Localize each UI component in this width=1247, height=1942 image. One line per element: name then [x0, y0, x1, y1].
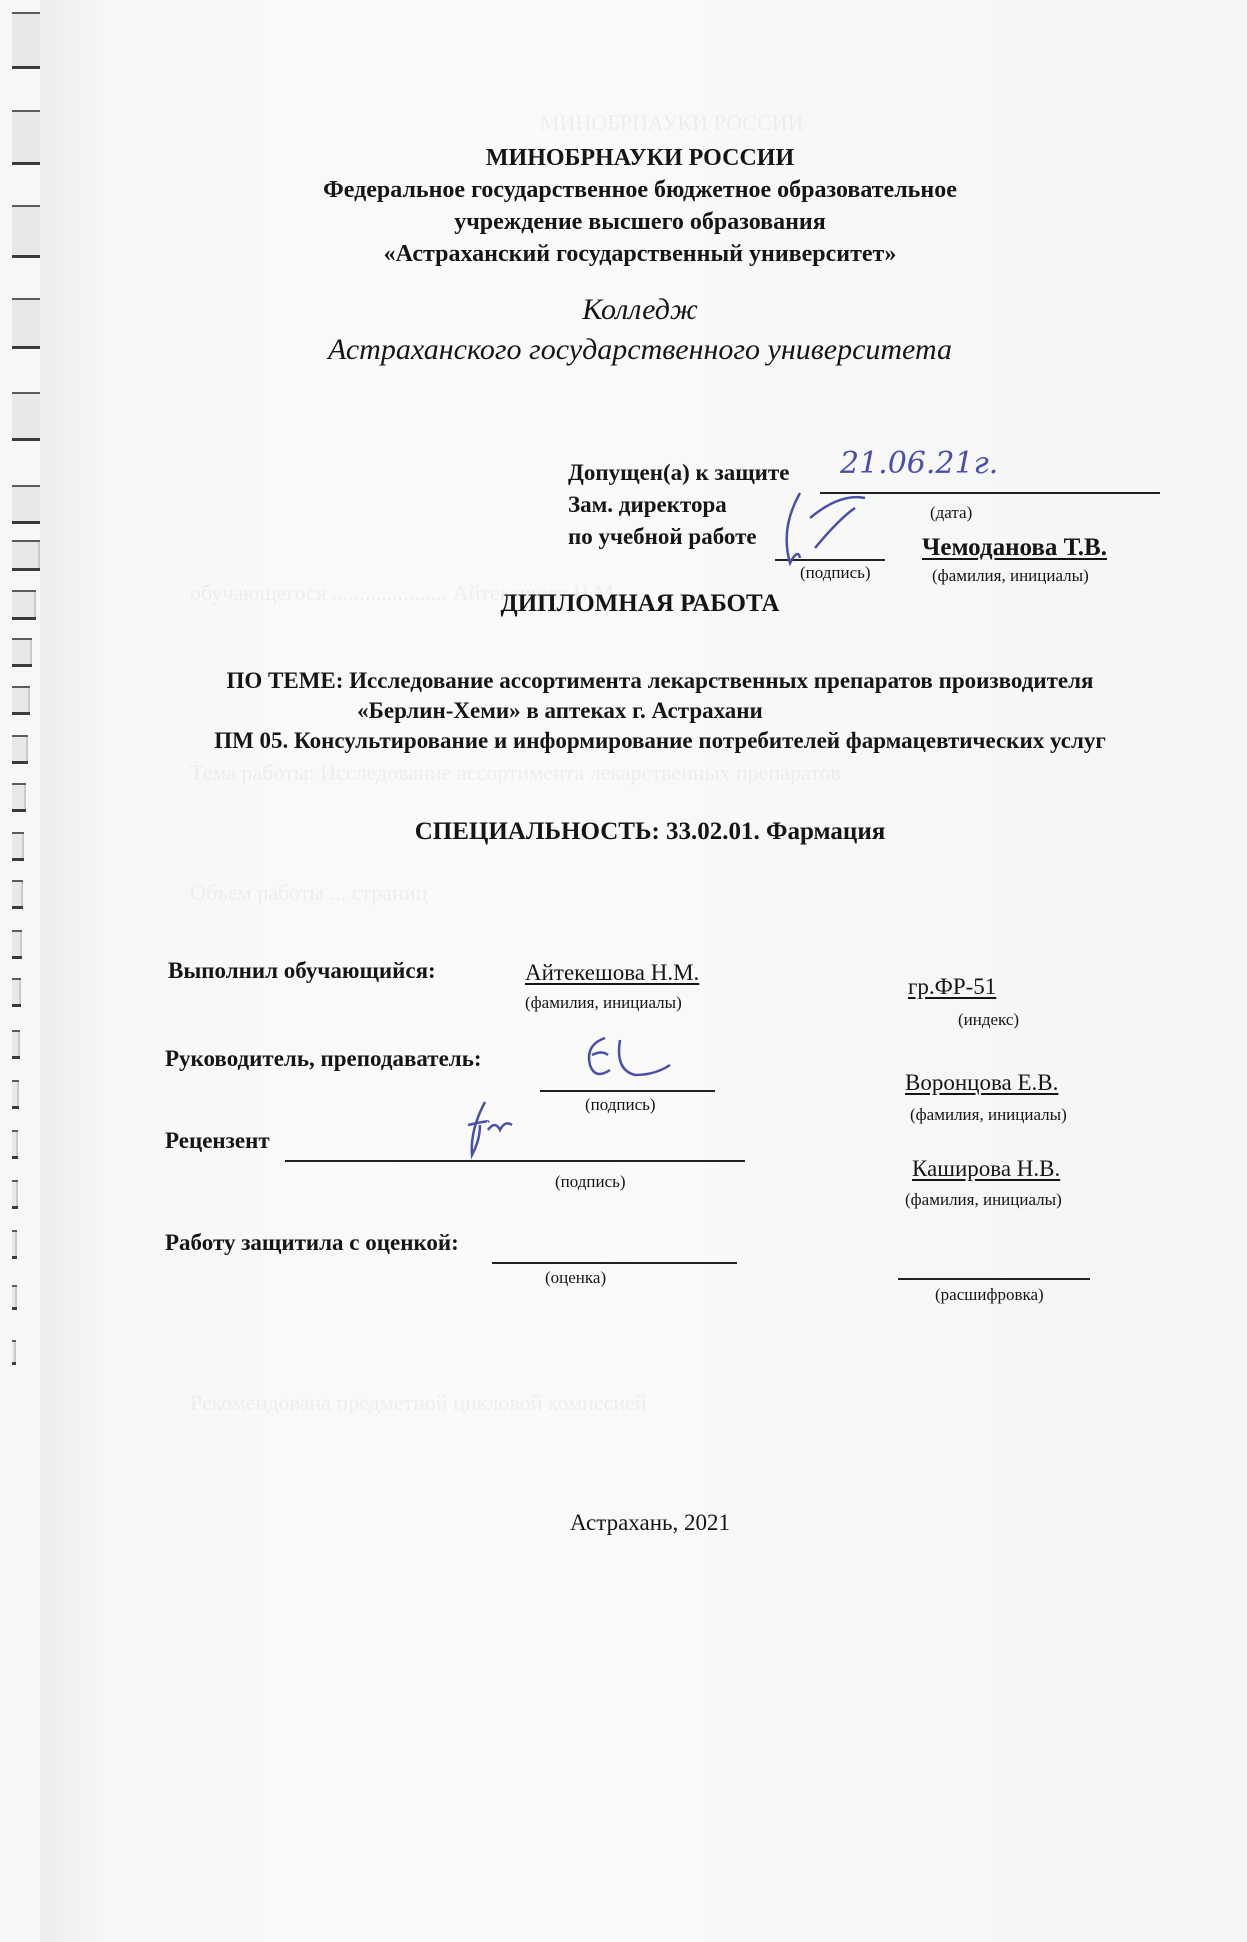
supervisor-name-caption: (фамилия, инициалы) [910, 1105, 1067, 1125]
reviewer-signature-caption: (подпись) [555, 1172, 626, 1192]
institution-line-1: Федеральное государственное бюджетное об… [240, 175, 1040, 205]
topic-line-2: «Берлин-Хеми» в аптеках г. Астрахани [160, 698, 960, 724]
grade-caption: (оценка) [545, 1268, 606, 1288]
grade-decode-line[interactable] [898, 1278, 1090, 1280]
college-line-1: Колледж [240, 292, 1040, 328]
bleed-through: МИНОБРНАУКИ РОССИИ [540, 110, 803, 136]
bleed-through: Объем работы ... страниц [190, 880, 427, 906]
defense-grade-label: Работу защитила с оценкой: [165, 1230, 459, 1256]
supervisor-signature-line [540, 1090, 715, 1092]
professional-module: ПМ 05. Консультирование и информирование… [160, 728, 1160, 754]
binding-ring [12, 540, 40, 571]
binding-ring [12, 1230, 17, 1259]
binding-ring [12, 783, 26, 812]
binding-ring [12, 1340, 16, 1365]
signature-caption: (подпись) [800, 563, 871, 583]
ministry-name: МИНОБРНАУКИ РОССИИ [240, 143, 1040, 173]
student-group: гр.ФР-51 [908, 974, 996, 1000]
binding-ring [12, 1180, 18, 1209]
city-year: Астрахань, 2021 [400, 1510, 900, 1536]
binding-ring [12, 978, 21, 1007]
binding-ring [12, 1030, 20, 1059]
university-name: «Астраханский государственный университе… [240, 239, 1040, 269]
binding-ring [12, 485, 42, 524]
binding-ring [12, 590, 36, 620]
supervisor-signature-icon [570, 1030, 680, 1090]
binding-ring [12, 686, 30, 715]
student-name-caption: (фамилия, инициалы) [525, 993, 682, 1013]
reviewer-label: Рецензент [165, 1128, 270, 1154]
binding-ring [12, 1130, 18, 1159]
student-label: Выполнил обучающийся: [168, 958, 436, 984]
student-name: Айтекешова Н.М. [525, 960, 699, 986]
college-line-2: Астраханского государственного университ… [240, 332, 1040, 368]
binding-ring [12, 832, 24, 861]
reviewer-signature-icon [450, 1100, 530, 1160]
binding-ring [12, 1080, 19, 1109]
binding-ring [12, 1285, 17, 1310]
reviewer-name: Каширова Н.В. [912, 1156, 1060, 1182]
binding-ring [12, 880, 23, 909]
bleed-through: Тема работы: Исследование ассортимента л… [190, 760, 841, 786]
bleed-through: Рекомендована предметной цикловой комисс… [190, 1390, 647, 1416]
binding-ring [12, 735, 28, 764]
deputy-label-1: Зам. директора [568, 492, 727, 518]
deputy-name-caption: (фамилия, инициалы) [932, 566, 1089, 586]
deputy-name: Чемоданова Т.В. [922, 534, 1107, 562]
grade-line[interactable] [492, 1262, 737, 1264]
student-group-caption: (индекс) [958, 1010, 1019, 1030]
deputy-signature-icon [770, 488, 880, 568]
document-type: ДИПЛОМНАЯ РАБОТА [400, 590, 880, 618]
supervisor-label: Руководитель, преподаватель: [165, 1046, 482, 1072]
grade-decode-caption: (расшифровка) [935, 1285, 1044, 1305]
specialty: СПЕЦИАЛЬНОСТЬ: 33.02.01. Фармация [300, 818, 1000, 846]
institution-line-2: учреждение высшего образования [240, 207, 1040, 237]
topic-line-1: ПО ТЕМЕ: Исследование ассортимента лекар… [160, 668, 1160, 694]
binding-ring [12, 638, 32, 667]
binding-ring [12, 930, 22, 959]
date-caption: (дата) [930, 503, 972, 523]
admitted-label: Допущен(а) к защите [568, 460, 789, 486]
admission-date-value[interactable]: 21.06.21г. [840, 446, 998, 481]
supervisor-name: Воронцова Е.В. [905, 1070, 1058, 1096]
deputy-label-2: по учебной работе [568, 524, 757, 550]
reviewer-name-caption: (фамилия, инициалы) [905, 1190, 1062, 1210]
reviewer-signature-line [285, 1160, 745, 1162]
supervisor-signature-caption: (подпись) [585, 1095, 656, 1115]
